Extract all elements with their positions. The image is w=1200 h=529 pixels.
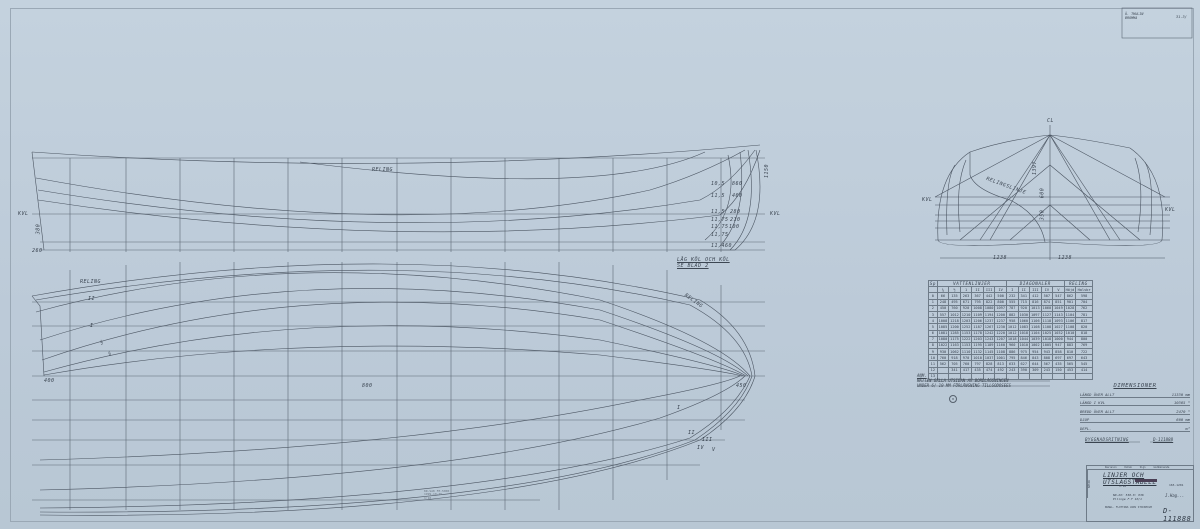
profile-curves (32, 145, 760, 250)
dimension-row: DEPL.m³ (1080, 426, 1190, 432)
table-cell (1018, 373, 1030, 379)
profile-height-dim: 1150 (764, 164, 770, 178)
title-underline-bar (1135, 479, 1157, 482)
dimension-row: DJUP600 mm (1080, 417, 1190, 423)
title-block-header: Revision Datum Sign Godkännande (1087, 466, 1193, 470)
plan-wl-mark: ½ (100, 340, 104, 346)
body-plan-dim: 600 (1039, 188, 1045, 199)
dimension-value: 10365 ” (1174, 400, 1190, 405)
plan-mid-dim: 800 (362, 383, 373, 389)
organization: KUNGL. FLOTTANS VARV STOCKHOLM (1105, 506, 1152, 509)
drawing-revision: 165-1201 (1169, 483, 1183, 487)
plan-wl-mark: I (90, 323, 94, 329)
archive-stamp: KR-SAK FE-5000 1999-10-25 1:10 (424, 490, 449, 500)
plan-sheer-label: RELING (80, 279, 101, 285)
drawing-scale: 1:10 (1119, 484, 1126, 488)
body-plan (935, 125, 1170, 260)
plan-diag-mark: V (712, 447, 716, 453)
profile-station-label: 11,5 (711, 193, 725, 199)
profile-note-2: SE BLAD 2 (677, 263, 709, 269)
plan-curves (32, 264, 755, 515)
header-col: Datum (1125, 466, 1132, 469)
header-col: Godkännande (1153, 466, 1169, 469)
dimension-label: LÄNGD I KVL (1080, 400, 1105, 405)
profile-kvl-label: KVL (18, 211, 29, 217)
plan-fwd-dim: 450 (736, 383, 747, 389)
profile-offset-label: 460 (732, 193, 743, 199)
table-cell (1064, 373, 1076, 379)
profile-stem-dim: 260 (32, 248, 43, 254)
dimension-value: 2470 ” (1176, 409, 1190, 414)
plan-diag-mark: III (702, 437, 713, 443)
header-col: Sign (1140, 466, 1146, 469)
profile-offset-label: 60 (725, 243, 732, 249)
body-plan-halfbreadth: 1238 (993, 255, 1007, 261)
dimension-row: BREDD ÖVER ALLT2470 ” (1080, 409, 1190, 415)
profile-station-label: 11,75 (711, 232, 729, 238)
dimension-label: BREDD ÖVER ALLT (1080, 409, 1114, 414)
dimensions-title: DIMENSIONER (1080, 383, 1190, 389)
table-cell (1030, 373, 1042, 379)
profile-keel-dim: 380 (35, 224, 41, 235)
body-plan-centerline-label: CL (1047, 118, 1054, 124)
table-cell (1053, 373, 1065, 379)
drawing-number-line: Ellinge F.F 10/1 (1113, 497, 1142, 501)
title-block-side-label: BÅTAR (1087, 470, 1100, 498)
dimension-value: m³ (1185, 426, 1190, 431)
notes-line: UNDER 6/ 10 MM FÖRLÄNGNING TILLGODOSEES (917, 383, 1011, 388)
profile-offset-label: 210 (730, 217, 741, 223)
profile-station-label: 11,4 (711, 243, 725, 249)
dimension-label: LÄNGD ÖVER ALLT (1080, 392, 1114, 397)
dimension-row: LÄNGD I KVL10365 ” (1080, 400, 1190, 406)
profile-station-label: 11,75 (711, 224, 729, 230)
corner-note: Ö. THULIN BROMMA (1125, 12, 1143, 20)
plan-wl-mark: II (88, 296, 95, 302)
body-plan-dim: 1397 (1032, 161, 1038, 175)
offset-table-body: 0661352633674425002323414125075478625981… (929, 293, 1093, 380)
notes-circle-mark: 8 (949, 395, 957, 403)
profile-sheer-label: RELING (372, 167, 393, 173)
lines-drawing (0, 0, 1200, 529)
dimensions-box: DIMENSIONER LÄNGD ÖVER ALLT11330 mm LÄNG… (1080, 383, 1190, 432)
plan-diag-mark: II (688, 430, 695, 436)
table-cell (1041, 373, 1053, 379)
profile-offset-label: 100 (729, 224, 740, 230)
title-block: Revision Datum Sign Godkännande BÅTAR LI… (1086, 465, 1194, 522)
profile-station-label: 10,5 (711, 181, 725, 187)
plan-diag-mark: IV (697, 445, 704, 451)
plan-diag-mark: I (677, 405, 681, 411)
offset-table: Sp VATTENLINJER DIAGONALER RELING ¼ ½ 1 … (928, 280, 1093, 380)
body-plan-halfbreadth: 1238 (1058, 255, 1072, 261)
notes: ANM. MÅTTEN GÄLLA UTSIDAN AV BORDLÄGGNIN… (917, 373, 1011, 388)
header-col: Revision (1105, 466, 1117, 469)
dimension-label: DJUP (1080, 417, 1089, 422)
stamp-line: 1:10 (424, 497, 449, 500)
plan-view-grid (32, 262, 765, 510)
dimension-label: DEPL. (1080, 426, 1091, 431)
dimension-value: 11330 mm (1172, 392, 1190, 397)
body-plan-wl-label: KVL (922, 197, 933, 203)
profile-offset-label: 860 (732, 181, 743, 187)
profile-station-label: 11,5 (711, 209, 725, 215)
corner-date: 31-3/ (1176, 15, 1187, 19)
profile-kvl-label-right: KVL (770, 211, 781, 217)
dimension-value: 600 mm (1176, 417, 1190, 422)
drawing-number: D-111888 (1163, 507, 1193, 523)
plan-aft-dim: 400 (44, 378, 55, 384)
body-plan-wl-label-right: KVL (1165, 207, 1176, 213)
reference-label: BYGGNADSRITNING (1085, 437, 1129, 442)
reference-number: D-111888 (1153, 437, 1173, 442)
profile-station-label: 11,75 (711, 217, 729, 223)
body-plan-dim: 350 (1039, 210, 1045, 221)
profile-offset-label: 280 (730, 209, 741, 215)
dimension-row: LÄNGD ÖVER ALLT11330 mm (1080, 392, 1190, 398)
signature: J.Hag... (1165, 493, 1184, 498)
plan-wl-mark: ¼ (108, 351, 112, 357)
corner-note-line: BROMMA (1125, 16, 1143, 20)
table-header-sp: Sp (929, 281, 938, 287)
table-cell (1076, 373, 1093, 379)
